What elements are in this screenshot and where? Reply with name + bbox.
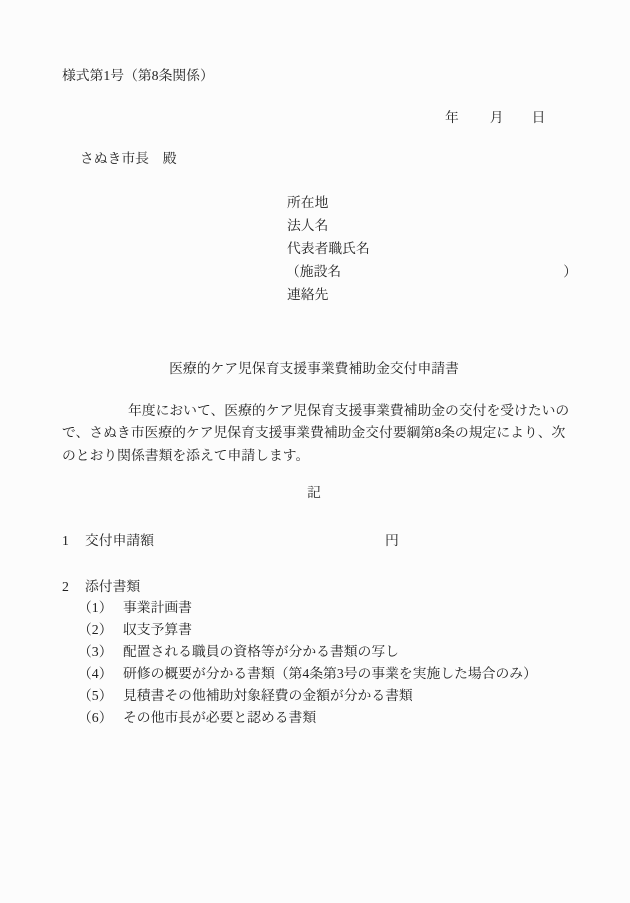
attachment-item: （2）収支予算書: [78, 619, 537, 641]
facility-name-row: （施設名 ）: [286, 260, 577, 283]
item-label: 交付申請額: [85, 529, 385, 549]
date-day-label: 日: [532, 106, 546, 126]
facility-open-label: （施設名: [286, 260, 341, 283]
item-attached-documents: 2添付書類: [62, 575, 140, 595]
body-line: 年度において、医療的ケア児保育支援事業費補助金の交付を受けたいの: [62, 400, 569, 422]
item-label: 添付書類: [85, 575, 140, 595]
sender-field-representative: 代表者職氏名: [287, 237, 577, 260]
attachment-text: 見積書その他補助対象経費の金額が分かる書類: [123, 688, 413, 703]
form-number-label: 様式第1号（第8条関係）: [62, 64, 214, 84]
attachment-text: 配置される職員の資格等が分かる書類の写し: [123, 644, 399, 659]
attachment-marker: （5）: [78, 685, 123, 707]
attachment-text: 収支予算書: [123, 622, 192, 637]
date-line: 年月日: [445, 106, 545, 126]
attachment-marker: （6）: [78, 707, 123, 729]
attachment-marker: （2）: [78, 619, 123, 641]
attachment-item: （1）事業計画書: [78, 597, 537, 619]
document-page: 様式第1号（第8条関係） 年月日 さぬき市長 殿 所在地 法人名 代表者職氏名 …: [0, 0, 630, 903]
facility-close-paren: ）: [563, 260, 577, 283]
item-number: 1: [62, 533, 85, 549]
body-line: のとおり関係書類を添えて申請します。: [62, 445, 569, 467]
attachment-item: （3）配置される職員の資格等が分かる書類の写し: [78, 641, 537, 663]
attachment-item: （5）見積書その他補助対象経費の金額が分かる書類: [78, 685, 537, 707]
attachment-marker: （3）: [78, 641, 123, 663]
sender-block: 所在地 法人名 代表者職氏名 （施設名 ） 連絡先: [287, 191, 577, 306]
sender-field-address: 所在地: [287, 191, 577, 214]
attachment-item: （4）研修の概要が分かる書類（第4条第3号の事業を実施した場合のみ）: [78, 663, 537, 685]
attachment-marker: （1）: [78, 597, 123, 619]
sender-field-contact: 連絡先: [287, 283, 577, 306]
attachment-marker: （4）: [78, 663, 123, 685]
attachment-text: 研修の概要が分かる書類（第4条第3号の事業を実施した場合のみ）: [123, 666, 537, 681]
sender-field-corporation: 法人名: [287, 214, 577, 237]
attachment-text: 事業計画書: [123, 600, 192, 615]
body-paragraph: 年度において、医療的ケア児保育支援事業費補助金の交付を受けたいの で、さぬき市医…: [62, 400, 569, 467]
attachments-list: （1）事業計画書 （2）収支予算書 （3）配置される職員の資格等が分かる書類の写…: [78, 597, 537, 730]
item-application-amount: 1交付申請額円: [62, 529, 399, 549]
date-year-label: 年: [445, 110, 459, 125]
item-number: 2: [62, 579, 85, 595]
addressee-line: さぬき市長 殿: [80, 147, 177, 167]
attachment-item: （6）その他市長が必要と認める書類: [78, 707, 537, 729]
section-marker: 記: [62, 481, 566, 501]
date-month-label: 月: [490, 106, 504, 126]
document-title: 医療的ケア児保育支援事業費補助金交付申請書: [62, 357, 566, 377]
yen-unit-label: 円: [385, 533, 399, 548]
attachment-text: その他市長が必要と認める書類: [123, 710, 316, 725]
body-line: で、さぬき市医療的ケア児保育支援事業費補助金交付要綱第8条の規定により、次: [62, 422, 569, 444]
